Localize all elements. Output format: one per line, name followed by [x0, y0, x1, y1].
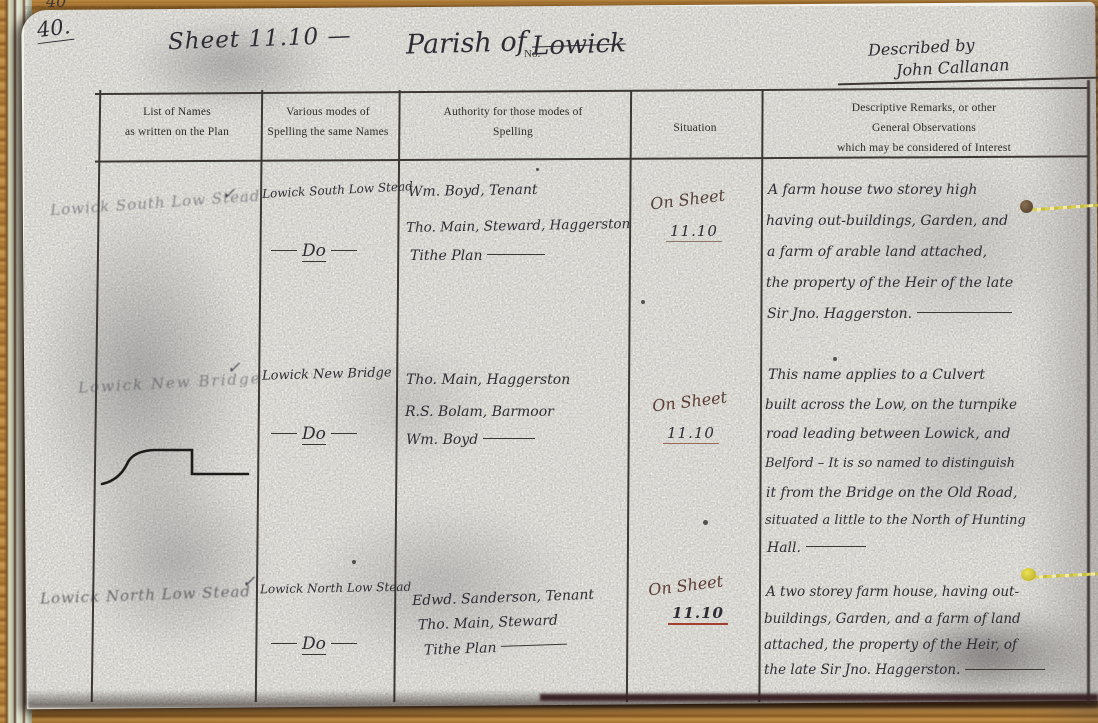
page-right-edge: [1087, 80, 1090, 705]
situation-sheet-number: 11.10: [663, 424, 719, 444]
age-spot: [352, 560, 356, 564]
ditto-text: Do: [302, 424, 326, 445]
remark-text: Sir Jno. Haggerston.: [767, 306, 912, 322]
header-line: General Observations: [763, 118, 1085, 138]
header-authority: Authority for those modes of Spelling: [398, 102, 628, 142]
folio-number: 40.: [35, 14, 75, 44]
checkmark: ✓: [227, 358, 240, 377]
ditto-dash: [271, 433, 297, 434]
remark-line: This name applies to a Culvert: [768, 367, 985, 383]
authority-line: Wm. Boyd: [406, 432, 540, 448]
header-line: Various modes of: [260, 102, 396, 122]
age-spot: [703, 520, 708, 525]
remark-line: road leading between Lowick, and: [766, 426, 1011, 442]
ditto-text: Do: [302, 634, 326, 655]
authority-text: Tithe Plan: [424, 640, 497, 659]
folio-number-ghost: 40: [46, 0, 66, 11]
remark-line: situated a little to the North of Huntin…: [765, 513, 1026, 528]
filler-dash: [965, 669, 1045, 670]
remark-line: attached, the property of the Heir, of: [764, 637, 1017, 653]
row-ditto: Do: [266, 634, 362, 654]
situation-sheet-number: 11.10: [668, 604, 728, 625]
parish-of-label: Parish of: [406, 26, 527, 60]
binding-pin: [1021, 568, 1036, 581]
remark-line: A two storey farm house, having out-: [766, 584, 1019, 600]
header-line: as written on the Plan: [97, 122, 257, 142]
checkmark: ✓: [242, 572, 255, 591]
filler-dash: [917, 312, 1012, 313]
header-line: Spelling: [398, 122, 628, 142]
parish-name: Lowick: [532, 28, 627, 61]
row-ditto: Do: [266, 424, 362, 444]
header-line: Spelling the same Names: [260, 122, 396, 142]
filler-dash: [487, 254, 545, 255]
ditto-dash: [331, 643, 357, 644]
remark-text: Hall.: [767, 540, 801, 556]
ditto-dash: [271, 250, 297, 251]
authority-text: Tithe Plan: [410, 248, 482, 264]
ditto-text: Do: [302, 241, 326, 262]
remark-line: having out-buildings, Garden, and: [766, 213, 1008, 229]
header-spelling-modes: Various modes of Spelling the same Names: [260, 102, 396, 142]
header-line: Authority for those modes of: [398, 102, 628, 122]
header-list-of-names: List of Names as written on the Plan: [97, 102, 257, 142]
ditto-dash: [271, 643, 297, 644]
header-line: Descriptive Remarks, or other: [763, 98, 1085, 118]
ditto-dash: [331, 250, 357, 251]
filler-dash: [806, 546, 866, 547]
desk-background: { "page": { "folio_number": "40.", "foli…: [0, 0, 1098, 723]
binding-pin: [1020, 200, 1033, 213]
age-spot: [833, 357, 837, 361]
remark-line: it from the Bridge on the Old Road,: [766, 485, 1017, 501]
age-spot: [641, 300, 645, 304]
filler-dash: [501, 644, 567, 647]
age-spot: [536, 168, 539, 171]
authority-text: Wm. Boyd: [406, 432, 478, 448]
remark-line: the late Sir Jno. Haggerston.: [764, 662, 1050, 678]
header-situation: Situation: [630, 118, 760, 138]
header-line: which may be considered of Interest: [763, 138, 1085, 158]
remark-line: Hall.: [767, 540, 871, 556]
remark-line: buildings, Garden, and a farm of land: [764, 611, 1021, 627]
ink-squiggle: [98, 446, 268, 492]
remark-text: the late Sir Jno. Haggerston.: [764, 662, 960, 678]
authority-line: Tho. Main, Haggerston: [406, 372, 570, 388]
header-remarks: Descriptive Remarks, or other General Ob…: [763, 98, 1085, 158]
row-spelling-name: Lowick North Low Stead: [260, 580, 411, 597]
remark-line: Sir Jno. Haggerston.: [767, 306, 1017, 322]
situation-sheet-number: 11.10: [666, 222, 722, 242]
authority-line: R.S. Bolam, Barmoor: [405, 404, 554, 420]
checkmark: ✓: [222, 184, 235, 203]
remark-line: built across the Low, on the turnpike: [765, 397, 1017, 413]
remark-line: A farm house two storey high: [768, 182, 977, 198]
row-ditto: Do: [266, 241, 362, 261]
authority-line: Wm. Boyd, Tenant: [408, 182, 538, 200]
filler-dash: [483, 438, 535, 439]
remark-line: the property of the Heir of the late: [766, 275, 1013, 291]
binding-edge-stain: [540, 694, 1098, 701]
authority-line: Tithe Plan: [410, 248, 550, 264]
ditto-dash: [331, 433, 357, 434]
remark-line: a farm of arable land attached,: [767, 244, 987, 260]
remark-line: Belford – It is so named to distinguish: [765, 456, 1015, 471]
header-line: List of Names: [97, 102, 257, 122]
